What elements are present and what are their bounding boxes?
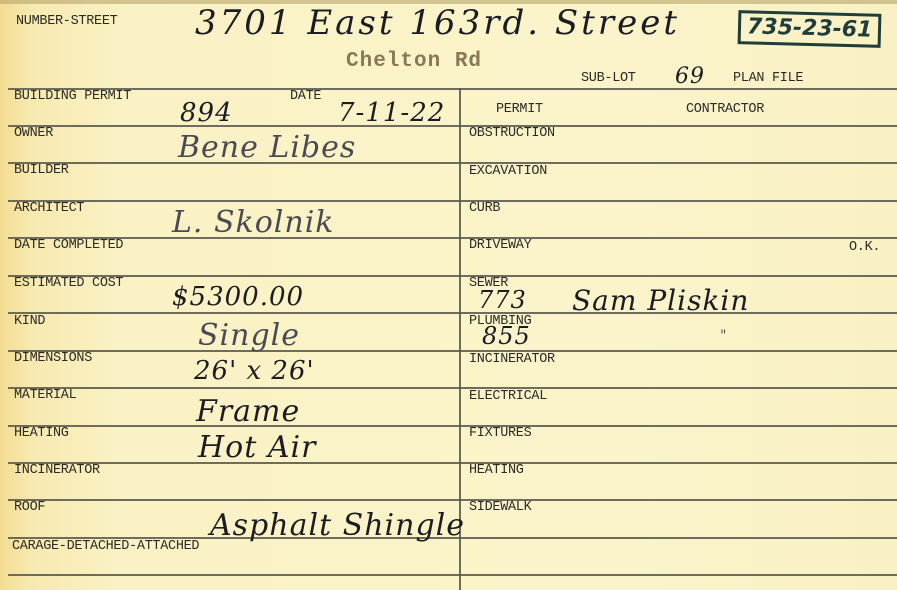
building-permit-value: 894 [180,98,233,128]
rule [8,162,897,164]
building-permit-label: BUILDING PERMIT [14,89,131,104]
dimensions-value: 26' x 26' [194,356,315,386]
builder-label: BUILDER [14,163,69,178]
dimensions-label: DIMENSIONS [14,351,92,366]
architect-value: L. Skolnik [172,205,334,240]
electrical-label: ELECTRICAL [469,389,547,404]
date-value: 7-11-22 [338,98,445,128]
heating-label: HEATING [14,426,69,441]
plumbing-contractor-ditto: " [720,328,727,344]
contractor-column-header: CONTRACTOR [686,102,764,117]
heating-value: Hot Air [198,430,316,465]
material-label: MATERIAL [14,388,76,403]
curb-label: CURB [469,201,500,216]
kind-value: Single [198,318,300,353]
architect-label: ARCHITECT [14,201,84,216]
rule [8,237,897,239]
date-completed-label: DATE COMPLETED [14,238,123,253]
rule [8,350,897,352]
rule [8,125,897,127]
number-street-label: NUMBER-STREET [16,14,117,29]
rule-header [8,88,897,90]
garage-label: CARAGE-DETACHED-ATTACHED [12,539,199,554]
owner-value: Bene Libes [178,130,356,165]
number-street-value: 3701 East 163rd. Street [195,3,680,43]
incinerator-permit-label: INCINERATOR [469,352,555,367]
rule [8,275,897,277]
file-number-stamp: 735-23-61 [738,10,882,48]
sidewalk-label: SIDEWALK [469,500,531,515]
permit-column-header: PERMIT [496,102,543,117]
sewer-contractor-value: Sam Pliskin [572,284,749,317]
rule [8,462,897,464]
driveway-label: DRIVEWAY [469,238,531,253]
plumbing-permit-value: 855 [482,322,531,350]
heating-permit-label: HEATING [469,463,524,478]
street-stamp: Chelton Rd [346,50,482,73]
sewer-permit-value: 773 [478,286,527,314]
roof-label: ROOF [14,500,45,515]
rule [8,499,897,501]
estimated-cost-label: ESTIMATED COST [14,276,123,291]
owner-label: OWNER [14,126,53,141]
sub-lot-label: SUB-LOT [581,71,636,86]
incinerator-label: INCINERATOR [14,463,100,478]
estimated-cost-value: $5300.00 [172,282,304,312]
building-permit-card: NUMBER-STREET 3701 East 163rd. Street Ch… [0,0,897,590]
rule [8,574,897,576]
roof-value: Asphalt Shingle [210,508,465,543]
rule [8,425,897,427]
date-label: DATE [290,89,321,104]
driveway-note: O.K. [849,240,880,255]
excavation-label: EXCAVATION [469,164,547,179]
obstruction-label: OBSTRUCTION [469,126,555,141]
plan-file-label: PLAN FILE [733,71,803,86]
rule [8,312,897,314]
rule [8,387,897,389]
kind-label: KIND [14,314,45,329]
material-value: Frame [196,394,300,429]
sub-lot-value: 69 [675,64,705,89]
fixtures-label: FIXTURES [469,426,531,441]
rule [8,200,897,202]
